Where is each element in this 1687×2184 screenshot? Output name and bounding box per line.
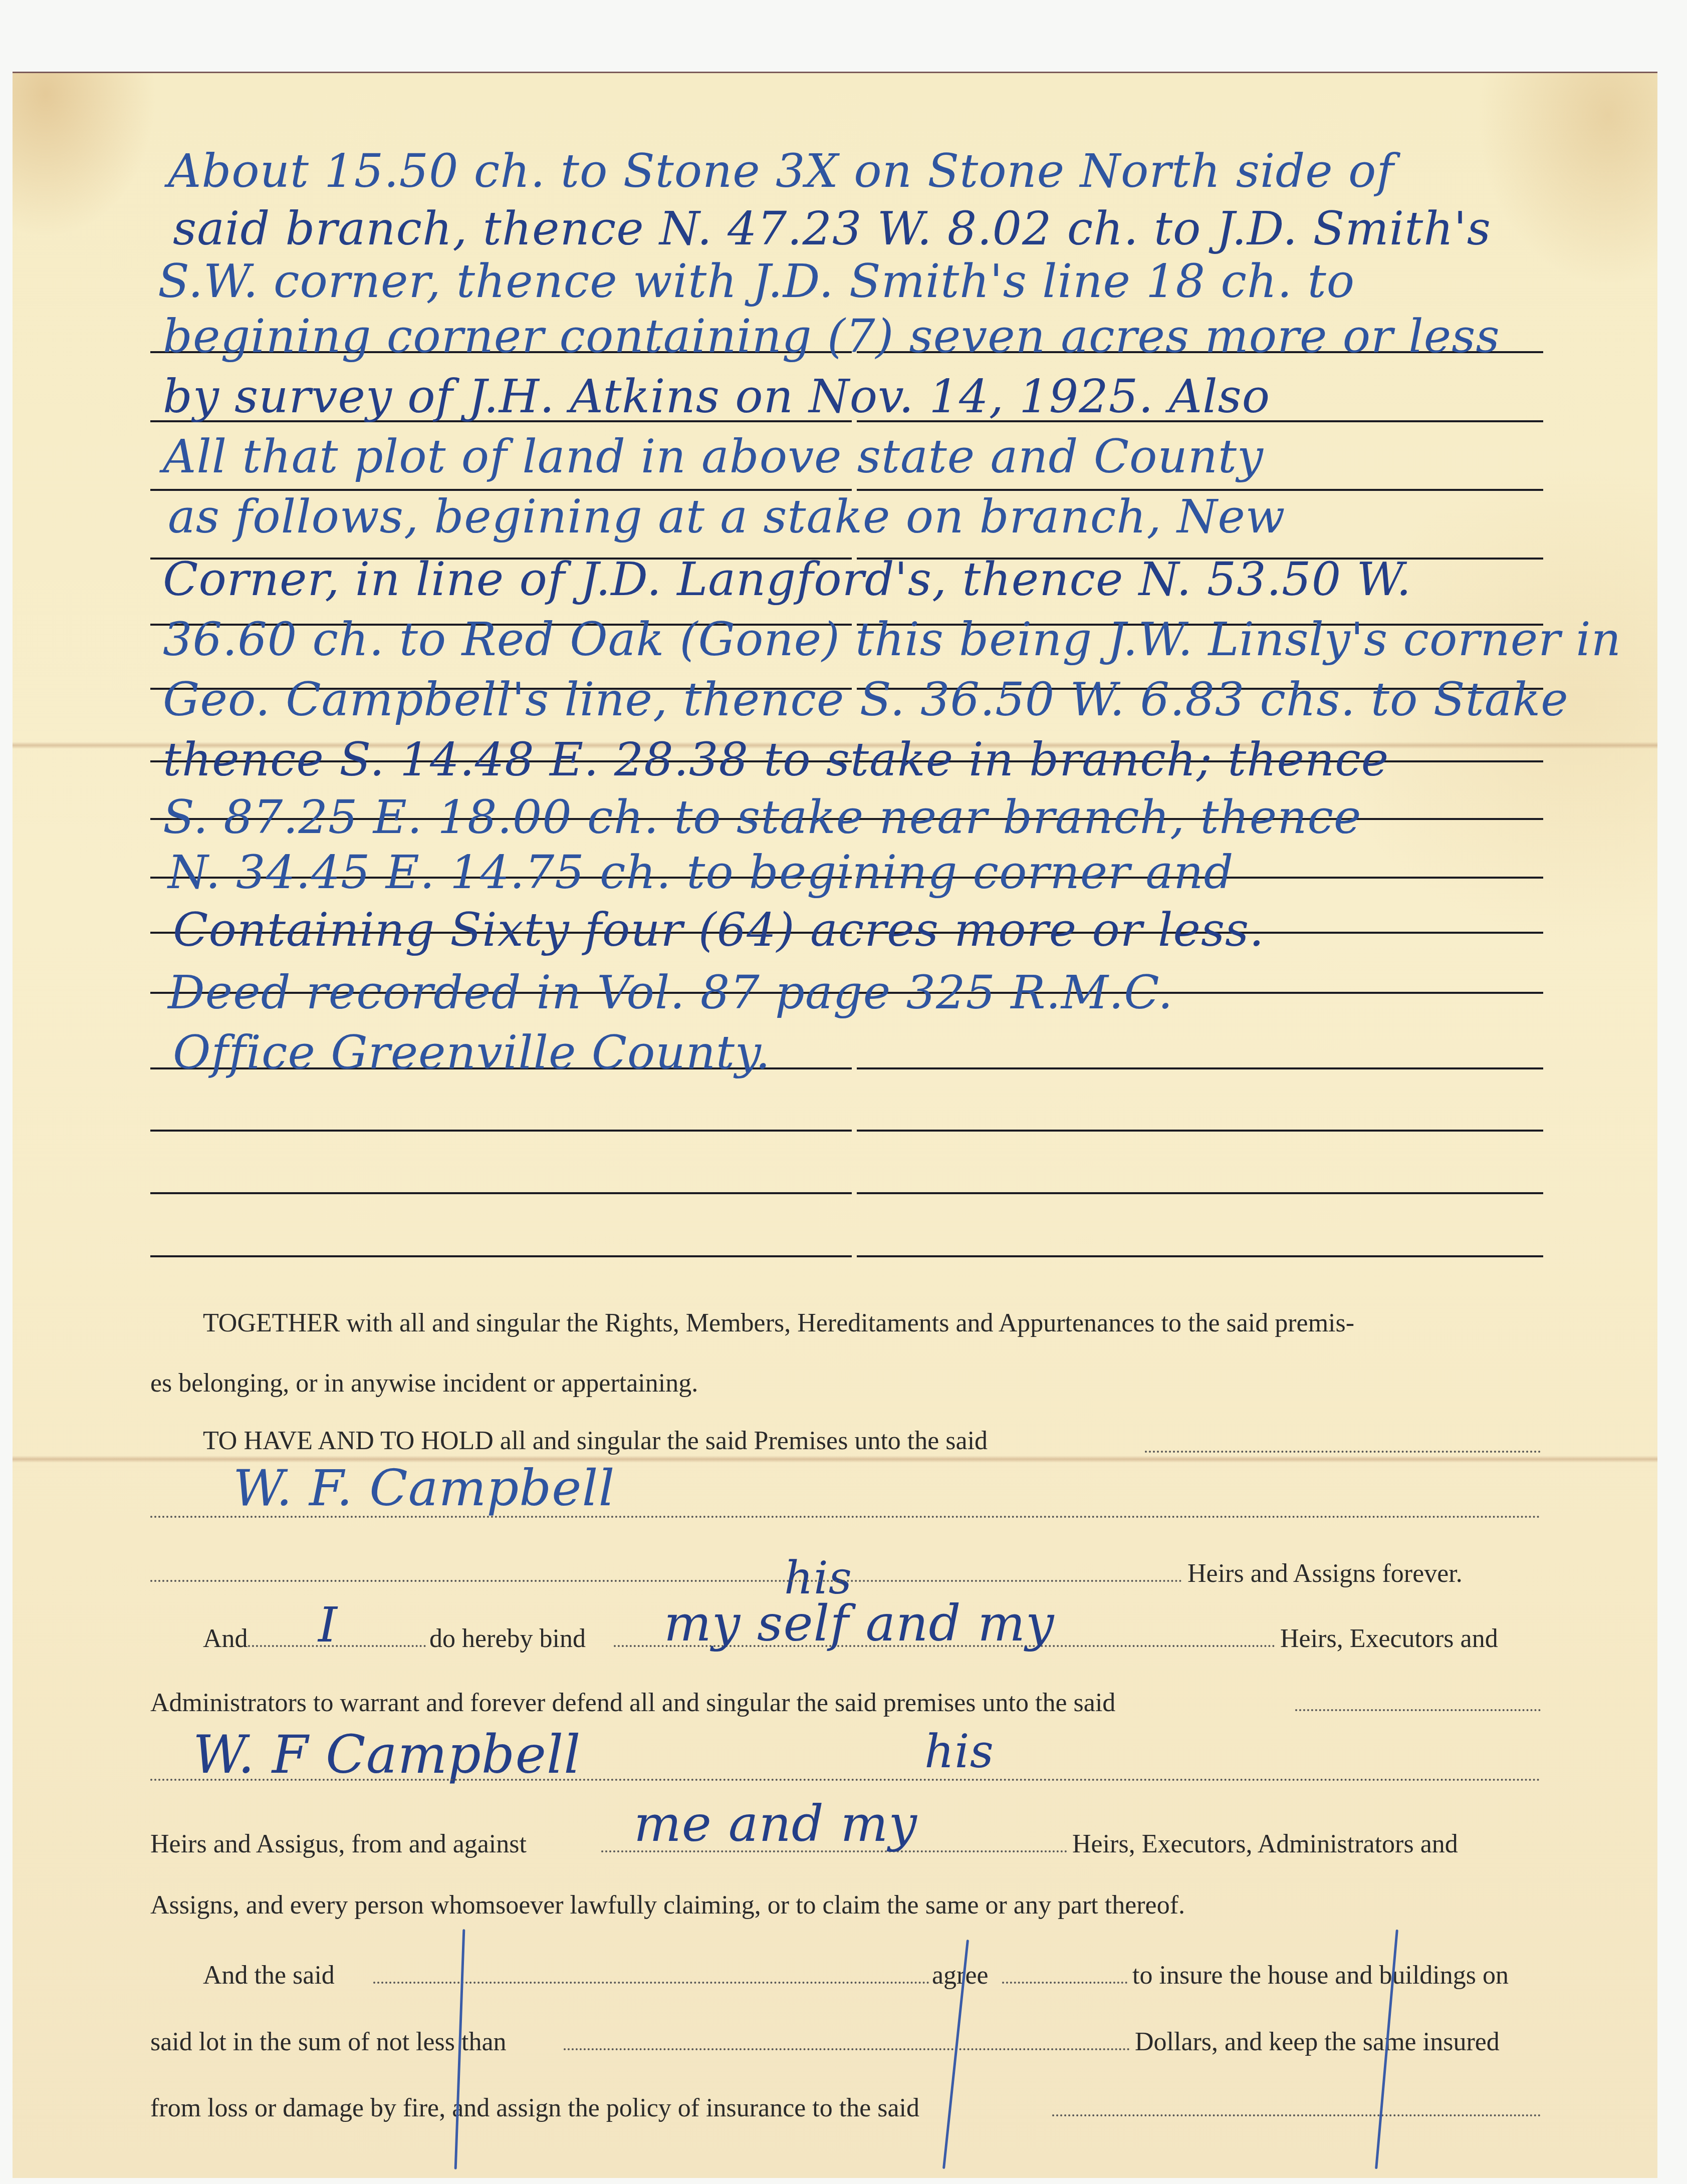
do-hereby-bind: do hereby bind	[429, 1626, 586, 1652]
and-the-said: And the said	[203, 1963, 335, 1989]
heirs-exec-admin: Heirs, Executors, Administrators and	[1072, 1831, 1458, 1857]
handwritten-line: S.W. corner, thence with J.D. Smith's li…	[158, 258, 1355, 305]
grantee-name-1[interactable]: W. F. Campbell	[233, 1463, 615, 1513]
handwritten-line: begining corner containing (7) seven acr…	[163, 314, 1500, 360]
handwritten-line: 36.60 ch. to Red Oak (Gone) this being J…	[163, 617, 1621, 663]
grantee-name-2[interactable]: W. F Campbell	[193, 1729, 581, 1781]
ruled-line	[857, 1255, 1543, 1257]
ruled-line	[857, 1192, 1543, 1194]
grantee-blank-1b	[150, 1516, 1541, 1518]
handwritten-line: thence S. 14.48 E. 28.38 to stake in bra…	[163, 737, 1389, 783]
grantee-blank-2a	[1295, 1709, 1541, 1711]
from-loss-clause: from loss or damage by fire, and assign …	[150, 2095, 919, 2121]
his-2[interactable]: his	[924, 1729, 994, 1775]
handwritten-line: Corner, in line of J.D. Langford's, then…	[163, 557, 1411, 603]
ruled-line	[150, 1255, 852, 1257]
ruled-line	[150, 1130, 852, 1132]
grantee-blank-1a	[1145, 1451, 1541, 1453]
together-clause-line1: TOGETHER with all and singular the Right…	[203, 1310, 1354, 1336]
have-and-hold-clause: TO HAVE AND TO HOLD all and singular the…	[203, 1428, 988, 1454]
against-whom[interactable]: me and my	[634, 1799, 917, 1849]
insurer-blank	[373, 1982, 929, 1984]
handwritten-line: Deed recorded in Vol. 87 page 325 R.M.C.	[168, 970, 1173, 1016]
handwritten-line: by survey of J.H. Atkins on Nov. 14, 192…	[163, 374, 1270, 420]
ruled-line	[150, 1192, 852, 1194]
handwritten-line: About 15.50 ch. to Stone 3X on Stone Nor…	[168, 148, 1394, 194]
said-lot-sum: said lot in the sum of not less than	[150, 2029, 507, 2055]
together-clause-line2: es belonging, or in anywise incident or …	[150, 1371, 698, 1397]
sum-blank	[564, 2048, 1130, 2050]
handwritten-line: Geo. Campbell's line, thence S. 36.50 W.…	[163, 677, 1569, 723]
to-insure: to insure the house and buildings on	[1132, 1963, 1509, 1989]
agree-label: agree	[932, 1963, 989, 1989]
grantor-pronoun[interactable]: I	[318, 1601, 338, 1649]
administrators-clause: Administrators to warrant and forever de…	[150, 1690, 1115, 1716]
heirs-executors-and: Heirs, Executors and	[1280, 1626, 1498, 1652]
heirs-blank	[150, 1580, 1182, 1582]
handwritten-line: S. 87.25 E. 18.00 ch. to stake near bran…	[163, 794, 1361, 841]
handwritten-line: N. 34.45 E. 14.75 ch. to begining corner…	[168, 850, 1234, 896]
assigns-every-person: Assigns, and every person whomsoever law…	[150, 1892, 1185, 1919]
heirs-assigns-forever: Heirs and Assigns forever.	[1187, 1561, 1463, 1587]
ruled-line	[857, 1067, 1543, 1069]
handwritten-line: said branch, thence N. 47.23 W. 8.02 ch.…	[173, 206, 1491, 252]
grantee-blank-2b	[150, 1779, 1541, 1781]
and-label: And	[203, 1626, 248, 1652]
heirs-assigns-from: Heirs and Assigus, from and against	[150, 1831, 527, 1857]
handwritten-line: All that plot of land in above state and…	[163, 434, 1264, 480]
handwritten-line: Office Greenville County.	[173, 1030, 771, 1076]
policy-blank	[1052, 2114, 1541, 2116]
handwritten-line: Containing Sixty four (64) acres more or…	[173, 907, 1265, 953]
ruled-line	[857, 1130, 1543, 1132]
bind-whom[interactable]: my self and my	[664, 1598, 1055, 1649]
handwritten-line: as follows, begining at a stake on branc…	[168, 494, 1286, 540]
deed-page: About 15.50 ch. to Stone 3X on Stone Nor…	[13, 72, 1657, 2178]
dollars-keep-insured: Dollars, and keep the same insured	[1135, 2029, 1500, 2055]
agree-blank	[1002, 1982, 1127, 1984]
